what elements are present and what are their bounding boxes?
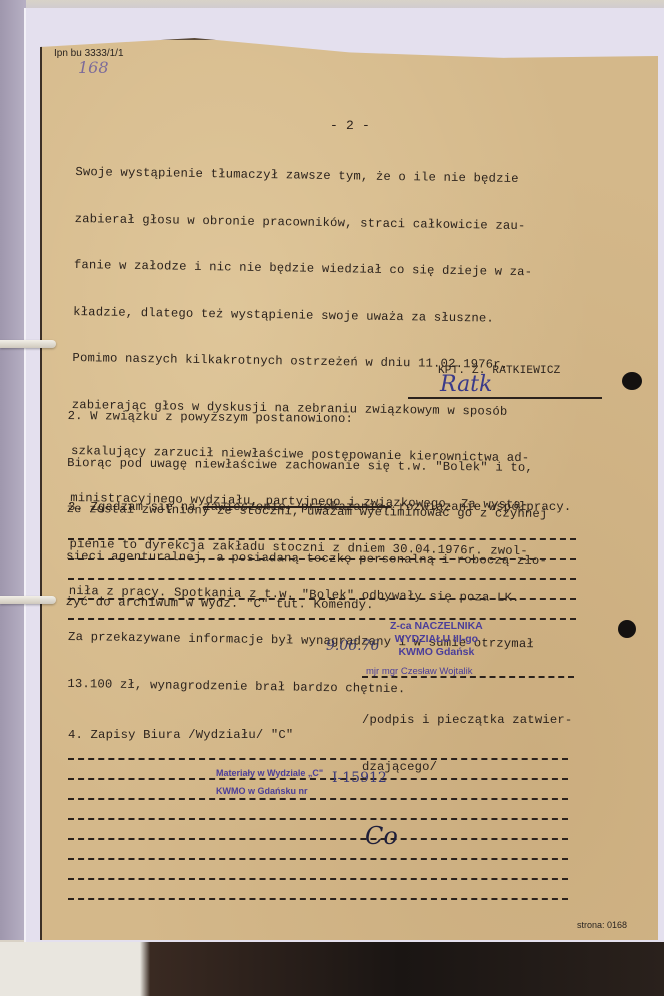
item-3-suffix: rozwiązanie współpracy. [391,500,571,514]
text-line: zabierał głosu w obronie pracowników, st… [75,211,541,234]
dashed-line [68,740,568,760]
blank-lines-section-3 [68,520,576,620]
text-line: Swoje wystąpienie tłumaczył zawsze tym, … [75,165,541,188]
text-line: 2. W związku z powyższym postanowiono: [68,409,549,430]
dashed-line [68,820,568,840]
dashed-line [68,840,568,860]
dashed-line [68,560,576,580]
dashed-line [68,520,576,540]
text-line: kładzie, dlatego też wystąpienie swoje u… [73,304,539,327]
dashed-line [68,600,576,620]
stamp-line: WYDZIAŁU III-go [390,633,483,646]
item-3-prefix: 3. Zgadzam się na [68,500,203,514]
dashed-line [68,800,568,820]
dashed-line [68,880,568,900]
item-3-decision: 3. Zgadzam się na zawieszenie, przekazan… [68,500,571,516]
dashed-line [68,860,568,880]
stamp-line: Z-ca NACZELNIKA [390,620,483,633]
caption-line: /podpis i pieczątka zatwier- [362,713,572,729]
ink-blot [618,620,636,638]
binder-ring-top [0,340,56,348]
dashed-line [68,580,576,600]
binder-ring-bottom [0,596,56,604]
dashed-line [68,540,576,560]
text-line: fanie w załodze i nic nie będzie wiedzia… [74,258,540,281]
handwritten-approval-date: 9.06.76 [326,638,379,654]
approver-signature-line [362,676,574,678]
text-line: Biorąc pod uwagę niewłaściwe zachowanie … [67,455,548,476]
handwritten-initials: Co [365,822,398,850]
stamp-line: KWMO Gdańsk [390,646,483,659]
approver-stamp: Z-ca NACZELNIKA WYDZIAŁU III-go KWMO Gda… [390,620,483,659]
ink-blot [622,372,642,390]
background-bottom [0,942,664,996]
binder-cover [0,0,26,940]
stamp-line: KWMO w Gdańsku nr [216,782,323,800]
archive-c-stamp: Materiały w Wydziale „C" KWMO w Gdańsku … [216,764,323,800]
registry-number: I-15912 [332,770,387,786]
stamp-line: Materiały w Wydziale „C" [216,764,323,782]
page-marker: - 2 - [330,118,370,134]
handwritten-page-number: 168 [78,58,109,77]
struck-options: zawieszenie, przekazanie, [203,500,391,514]
scan-page-number: strona: 0168 [577,920,627,930]
